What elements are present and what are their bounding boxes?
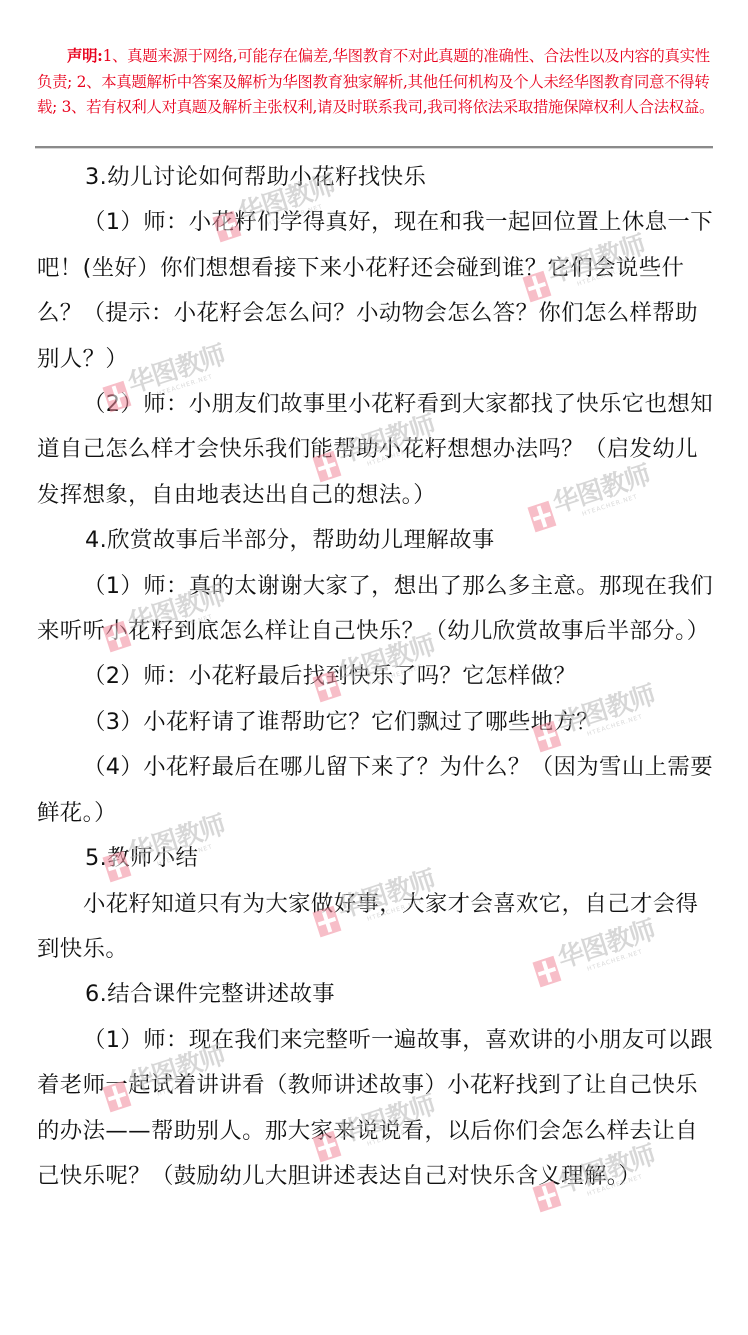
paragraph: （1）师：小花籽们学得真好，现在和我一起回位置上休息一下吧！(坐好）你们想想看接…: [37, 200, 717, 382]
disclaimer-notice: 声明:1、真题来源于网络,可能存在偏差,华图教育不对此真题的准确性、合法性以及内…: [37, 44, 715, 121]
section-heading-4: 4.欣赏故事后半部分，帮助幼儿理解故事: [37, 518, 717, 563]
section-heading-6: 6.结合课件完整讲述故事: [37, 972, 717, 1017]
paragraph: （4）小花籽最后在哪儿留下来了？为什么？（因为雪山上需要鲜花。）: [37, 745, 717, 836]
disclaimer-text: 1、真题来源于网络,可能存在偏差,华图教育不对此真题的准确性、合法性以及内容的真…: [37, 47, 714, 116]
document-body: 3.幼儿讨论如何帮助小花籽找快乐 （1）师：小花籽们学得真好，现在和我一起回位置…: [37, 155, 717, 1199]
header-separator: [35, 146, 713, 149]
disclaimer-prefix: 声明:: [67, 47, 103, 65]
section-heading-3: 3.幼儿讨论如何帮助小花籽找快乐: [37, 155, 717, 200]
paragraph: （2）师：小花籽最后找到快乐了吗？它怎样做？: [37, 654, 717, 699]
paragraph: （2）师：小朋友们故事里小花籽看到大家都找了快乐它也想知道自己怎么样才会快乐我们…: [37, 382, 717, 518]
paragraph: （1）师：现在我们来完整听一遍故事，喜欢讲的小朋友可以跟着老师一起试着讲讲看（教…: [37, 1018, 717, 1200]
paragraph: （3）小花籽请了谁帮助它？它们飘过了哪些地方？: [37, 700, 717, 745]
section-heading-5: 5.教师小结: [37, 836, 717, 881]
paragraph: 小花籽知道只有为大家做好事，大家才会喜欢它，自己才会得到快乐。: [37, 882, 717, 973]
paragraph: （1）师：真的太谢谢大家了，想出了那么多主意。那现在我们来听听小花籽到底怎么样让…: [37, 564, 717, 655]
